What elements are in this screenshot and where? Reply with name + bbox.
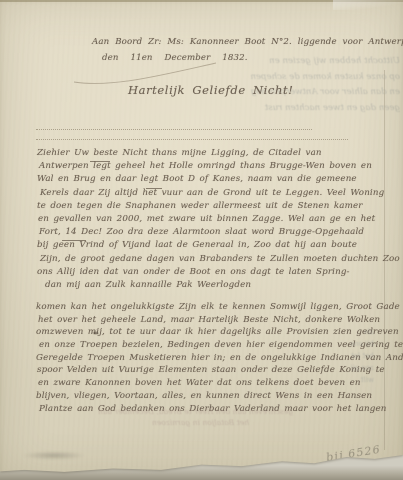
graphite-smudge [22, 451, 86, 460]
handwriting-line: Wal en Brug en daar legt Boot D of Kanes… [37, 173, 403, 186]
handwriting-line: blijven, vliegen, Voortaan, alles, en ku… [36, 390, 403, 403]
handwriting-line: Fort, 14 Dec! Zoo dra deze Alarmtoon sla… [39, 226, 403, 239]
paper-corner-highlight [333, 0, 403, 10]
bleedthrough-line: zoo gij [322, 362, 374, 374]
handwriting-line: Ziehier Uw beste Nicht thans mijne Liggi… [37, 147, 403, 160]
bleedthrough-line: geschreven aan den Heer te Breda, Decemb… [108, 407, 293, 418]
handwriting-line: dan mij aan Zulk kannaille Pak Weerlogde… [45, 279, 403, 292]
dotted-divider-1 [36, 129, 312, 130]
bleedthrough-line: Uittocht hebben wij gezien en [222, 54, 400, 70]
bleedthrough-line: bij ons [322, 338, 374, 350]
handwriting-line: Antwerpen legt geheel het Holle omringd … [39, 160, 403, 173]
paper-shadow-wrap: Uittocht hebben wij gezien en op onze ku… [0, 0, 403, 480]
handwriting-line: te doen tegen die Snaphanen weder allerm… [37, 200, 403, 213]
ink-blot [92, 331, 99, 335]
handwriting-line: komen kan het ongelukkigste Zijn elk te … [36, 301, 403, 314]
handwriting-line: bij geen Vrind of Vijand laat de Generaa… [37, 239, 403, 252]
bleedthrough-right: als bij ons het lot zoo gij wilt [322, 326, 374, 386]
bleedthrough-line: het Bataljon in garnizoen [108, 418, 293, 429]
handwriting-line: en gevallen van 2000, met zware uit binn… [38, 213, 403, 226]
bleedthrough-line: het lot [322, 350, 374, 362]
bleedthrough-bottom: geschreven aan den Heer te Breda, Decemb… [108, 407, 293, 428]
pencil-inventory-number: bij 6526 [325, 443, 381, 464]
body-paragraph-1: Ziehier Uw beste Nicht thans mijne Liggi… [37, 147, 403, 292]
ink-underline [90, 161, 110, 162]
ink-underline [146, 188, 162, 189]
header-address-line: Aan Boord Zr: Ms: Kanonneer Boot N°2. li… [92, 37, 403, 47]
ink-underline [62, 240, 86, 241]
salutation: Hartelijk Geliefde Nicht! [128, 83, 293, 97]
handwriting-line: ons Allij iden dat van onder de Boot en … [37, 266, 403, 279]
dotted-divider-2 [36, 139, 348, 140]
handwriting-line: Kerels daar Zij altijd het vuur aan de G… [40, 187, 403, 200]
letter-paper: Uittocht hebben wij gezien en op onze ku… [0, 0, 403, 480]
bleedthrough-line: als [322, 326, 374, 338]
bleedthrough-line: wilt [322, 374, 374, 386]
letter-scan: Uittocht hebben wij gezien en op onze ku… [0, 0, 403, 480]
handwriting-line: Zijn, de groot gedane dagen van Brabande… [40, 253, 403, 266]
handwriting-line: het over het geheele Land, maar Hartelij… [38, 314, 403, 327]
bleedthrough-line: geen dag en twee nachten rust [222, 101, 400, 117]
